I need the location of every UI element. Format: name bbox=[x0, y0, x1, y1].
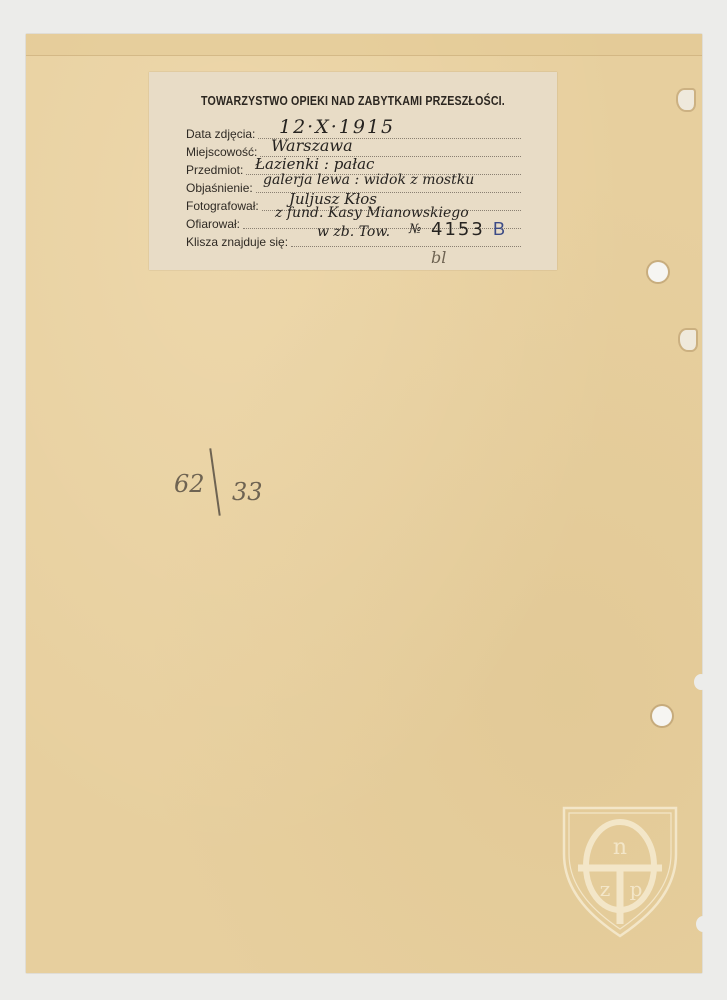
pencil-number-right: 33 bbox=[232, 478, 263, 506]
field-date-key: Data zdjęcia: bbox=[186, 127, 255, 142]
watermark-logo: n z p bbox=[560, 804, 680, 940]
field-donor-key: Ofiarował: bbox=[186, 217, 240, 232]
field-description-key: Objaśnienie: bbox=[186, 181, 253, 196]
field-place-key: Miejscowość: bbox=[186, 145, 257, 160]
plate-number-suffix: B bbox=[493, 219, 505, 240]
field-photographer-key: Fotografował: bbox=[186, 199, 259, 214]
pencil-number-left: 62 bbox=[174, 470, 205, 498]
watermark-letter-p: p bbox=[630, 877, 643, 901]
field-subject-value: Łazienki : pałac bbox=[255, 155, 374, 173]
field-description-value: galerja lewa : widok z mostku bbox=[263, 172, 474, 188]
edge-notch bbox=[694, 674, 708, 690]
plate-number: 4153 bbox=[431, 219, 485, 240]
punch-tear-top bbox=[678, 90, 694, 110]
punch-hole bbox=[652, 706, 672, 726]
top-fold-strip bbox=[26, 34, 702, 56]
label-title: TOWARZYSTWO OPIEKI NAD ZABYTKAMI PRZESZŁ… bbox=[186, 93, 521, 108]
watermark-letter-z: z bbox=[600, 877, 611, 901]
field-date-value: 12·X·1915 bbox=[279, 116, 395, 138]
watermark-letter-n: n bbox=[613, 835, 627, 860]
punch-hole bbox=[648, 262, 668, 282]
shield-icon: n z p bbox=[560, 804, 680, 940]
pencil-initials: bl bbox=[431, 248, 446, 267]
punch-tear-middle bbox=[680, 330, 696, 350]
catalog-label: TOWARZYSTWO OPIEKI NAD ZABYTKAMI PRZESZŁ… bbox=[149, 72, 557, 270]
field-subject-key: Przedmiot: bbox=[186, 163, 243, 178]
edge-notch bbox=[696, 916, 710, 932]
field-plate-location-value: w zb. Tow. bbox=[317, 224, 390, 240]
field-place-value: Warszawa bbox=[271, 136, 353, 155]
field-plate-location-key: Klisza znajduje się: bbox=[186, 235, 288, 250]
plate-number-prefix: № bbox=[409, 222, 421, 237]
